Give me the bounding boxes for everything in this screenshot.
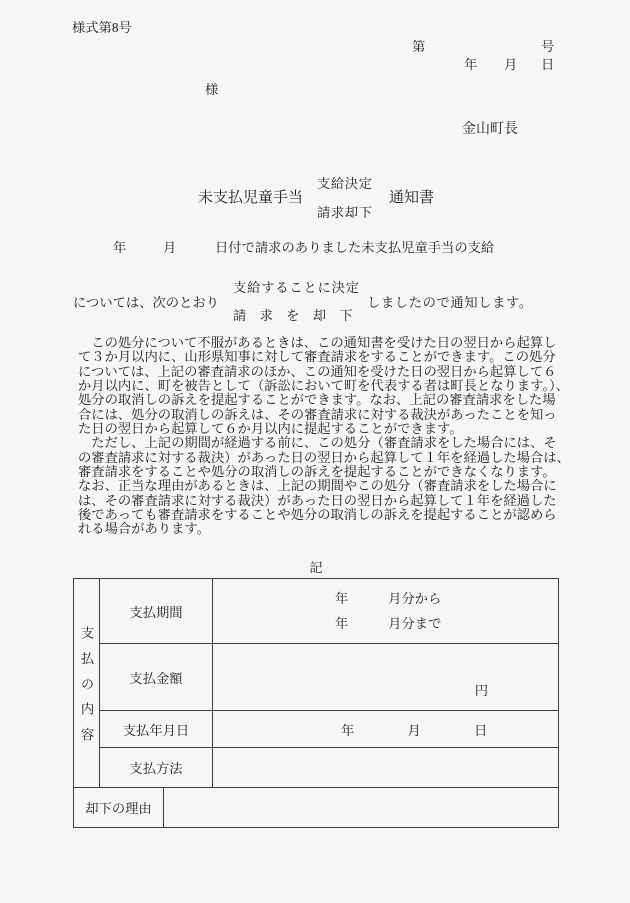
payment-table: 支払の内容 支払期間 年 月分から 年 月分まで 支払金額 円 支払年月日 年 …	[73, 578, 559, 828]
body-line: 後であっても審査請求をすることや処分の取消しの訴えを提起することが認めら	[78, 508, 578, 522]
request-text: 日付で請求のありました未支払児童手当の支給	[215, 241, 494, 254]
body-line: て３か月以内に、山形県知事に対して審査請求をすることができます。この処分	[78, 350, 578, 364]
payment-period-to: 年 月分まで	[335, 611, 441, 636]
payment-table-rejection-row: 却下の理由	[73, 787, 559, 828]
appeal-instructions: この処分について不服があるときは、この通知書を受けた日の翌日から起算し て３か月…	[78, 336, 578, 537]
notify-right: しましたので通知します。	[367, 296, 533, 309]
body-line: なお、正当な理由があるときは、上記の期間やこの処分（審査請求をした場合に	[78, 479, 578, 493]
payment-date-value: 年 月 日	[213, 710, 558, 747]
notify-option-bottom: 請 求 を 却 下	[233, 309, 353, 322]
title-left: 未支払児童手当	[198, 191, 303, 206]
document-page: 様式第8号 第 号 年 月 日 様 金山町長 未支払児童手当 支給決定 請求却下…	[0, 0, 630, 903]
date-year-label: 年	[464, 58, 477, 71]
notify-option-top: 支給することに決定	[233, 281, 360, 294]
body-line: れる場合があります。	[78, 522, 578, 536]
sender-name: 金山町長	[462, 123, 518, 137]
body-line: の審査請求に対する裁決）があった日の翌日から起算して１年を経過した場合は、	[78, 451, 578, 465]
payment-content-vertical-header: 支払の内容	[74, 579, 100, 787]
body-line: については、上記の審査請求のほか、この通知を受けた日の翌日から起算して６	[78, 365, 578, 379]
rejection-reason-label: 却下の理由	[74, 788, 164, 827]
payment-period-from: 年 月分から	[335, 586, 441, 611]
addressee-honorific: 様	[205, 83, 218, 96]
notify-left: については、次のとおり	[73, 296, 219, 309]
request-year-label: 年	[113, 241, 126, 254]
body-line: ただし、上記の期間が経過する前に、この処分（審査請求をした場合には、そ	[78, 436, 578, 450]
payment-amount-unit: 円	[475, 684, 488, 697]
payment-period-label: 支払期間	[100, 579, 213, 643]
body-line: は、その審査請求に対する裁決）があった日の翌日から起算して１年を経過した	[78, 494, 578, 508]
date-month-label: 月	[504, 58, 517, 71]
body-line: 合には、処分の取消しの訴えは、その審査請求に対する裁決があったことを知っ	[78, 408, 578, 422]
rejection-reason-value	[164, 788, 558, 827]
title-option-bottom: 請求却下	[317, 206, 373, 219]
title-option-top: 支給決定	[317, 177, 373, 190]
payment-period-value: 年 月分から 年 月分まで	[213, 579, 558, 643]
form-number: 様式第8号	[72, 21, 132, 34]
doc-number-prefix: 第	[412, 40, 425, 53]
section-marker: 記	[73, 557, 559, 576]
date-day-label: 日	[541, 58, 554, 71]
payment-method-value	[213, 747, 558, 787]
payment-amount-value: 円	[213, 643, 558, 710]
request-month-label: 月	[163, 241, 176, 254]
payment-table-main: 支払の内容 支払期間 年 月分から 年 月分まで 支払金額 円 支払年月日 年 …	[73, 578, 559, 787]
payment-method-label: 支払方法	[100, 747, 213, 787]
payment-date-label: 支払年月日	[100, 710, 213, 747]
title-right: 通知書	[389, 191, 434, 206]
payment-amount-label: 支払金額	[100, 643, 213, 710]
body-line: 処分の取消しの訴えを提起することができます。なお、上記の審査請求をした場	[78, 393, 578, 407]
doc-number-suffix: 号	[541, 40, 554, 53]
